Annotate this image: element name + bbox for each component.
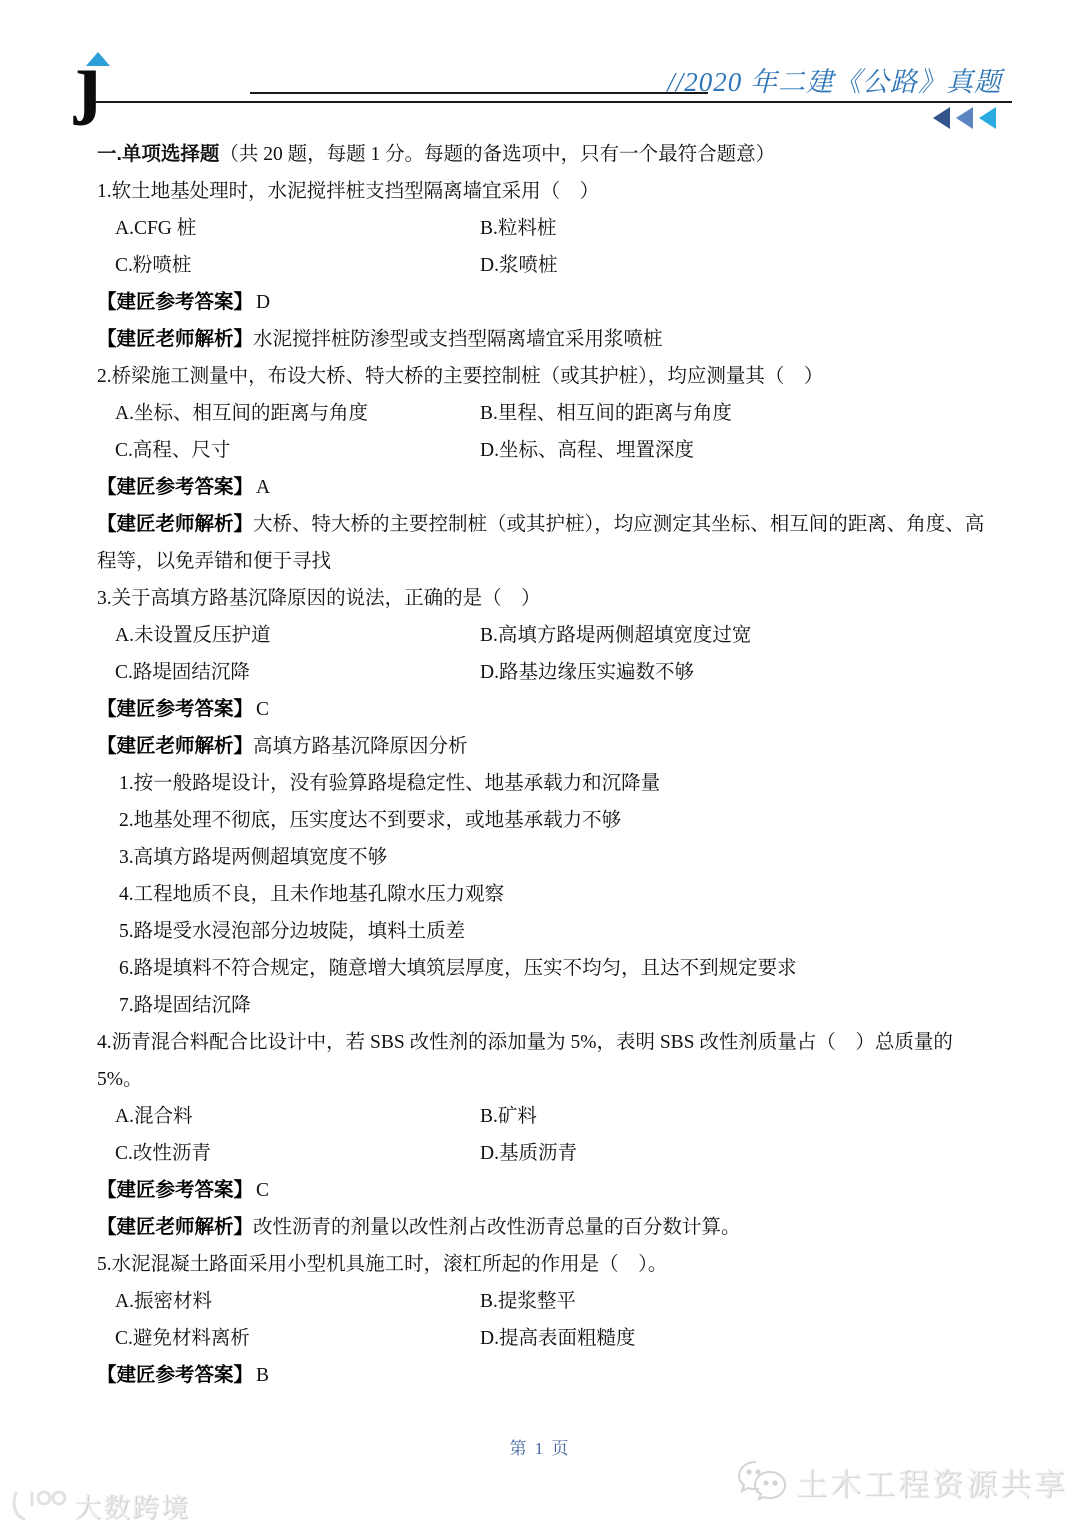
- watermark-left: 大数跨境: [10, 1486, 190, 1525]
- question-1-analysis: 【建匠老师解析】水泥搅拌桩防渗型或支挡型隔离墙宜采用浆喷桩: [97, 321, 989, 358]
- question-3-answer: 【建匠参考答案】C: [97, 691, 989, 728]
- question-5-option-a: A.振密材料: [97, 1283, 480, 1320]
- watermark-left-text: 大数跨境: [74, 1486, 190, 1525]
- left-triangle-icon-mid: [956, 107, 973, 129]
- question-3-option-c: C.路堤固结沉降: [97, 654, 480, 691]
- question-4-option-d: D.基质沥青: [480, 1135, 989, 1172]
- analysis-text: 高填方路基沉降原因分析: [253, 736, 468, 757]
- answer-letter: B: [256, 1365, 269, 1386]
- question-3-analysis-line-2: 2.地基处理不彻底，压实度达不到要求，或地基承载力不够: [97, 802, 989, 839]
- question-1: 1.软土地基处理时，水泥搅拌桩支挡型隔离墙宜采用（ ） A.CFG 桩 B.粒料…: [97, 173, 989, 358]
- doc-title: //2020 年二建《公路》真题: [667, 60, 1002, 99]
- answer-label: 【建匠参考答案】: [97, 1179, 253, 1201]
- logo-letter: ȷ: [74, 40, 101, 122]
- left-triangle-icon-light: [979, 107, 996, 129]
- question-4-option-b: B.矿料: [480, 1098, 989, 1135]
- question-5: 5.水泥混凝土路面采用小型机具施工时，滚杠所起的作用是（ ）。 A.振密材料 B…: [97, 1246, 989, 1394]
- question-1-option-a: A.CFG 桩: [97, 210, 480, 247]
- question-3-analysis-line-6: 6.路堤填料不符合规定，随意增大填筑层厚度，压实不均匀，且达不到规定要求: [97, 950, 989, 987]
- question-5-stem: 5.水泥混凝土路面采用小型机具施工时，滚杠所起的作用是（ ）。: [97, 1246, 989, 1283]
- question-2-option-b: B.里程、相互间的距离与角度: [480, 395, 989, 432]
- answer-label: 【建匠参考答案】: [97, 291, 253, 313]
- answer-letter: C: [256, 1180, 269, 1201]
- question-5-option-d: D.提高表面粗糙度: [480, 1320, 989, 1357]
- question-1-answer: 【建匠参考答案】D: [97, 284, 989, 321]
- question-5-answer: 【建匠参考答案】B: [97, 1357, 989, 1394]
- question-2-analysis: 【建匠老师解析】大桥、特大桥的主要控制桩（或其护桩），均应测定其坐标、相互间的距…: [97, 506, 989, 580]
- question-3-analysis-line-5: 5.路堤受水浸泡部分边坡陡，填料土质差: [97, 913, 989, 950]
- question-4-analysis: 【建匠老师解析】改性沥青的剂量以改性剂占改性沥青总量的百分数计算。: [97, 1209, 989, 1246]
- answer-label: 【建匠参考答案】: [97, 698, 253, 720]
- question-2-answer: 【建匠参考答案】A: [97, 469, 989, 506]
- question-3-option-b: B.高填方路堤两侧超填宽度过宽: [480, 617, 989, 654]
- question-2-option-a: A.坐标、相互间的距离与角度: [97, 395, 480, 432]
- back-arrows: [933, 107, 996, 129]
- question-1-option-b: B.粒料桩: [480, 210, 989, 247]
- analysis-text: 改性沥青的剂量以改性剂占改性沥青总量的百分数计算。: [253, 1217, 741, 1238]
- question-3: 3.关于高填方路基沉降原因的说法，正确的是（ ） A.未设置反压护道 B.高填方…: [97, 580, 989, 1024]
- question-4-answer: 【建匠参考答案】C: [97, 1172, 989, 1209]
- question-1-option-d: D.浆喷桩: [480, 247, 989, 284]
- question-3-analysis-line-3: 3.高填方路堤两侧超填宽度不够: [97, 839, 989, 876]
- swoosh-100-icon: [10, 1489, 68, 1523]
- question-4: 4.沥青混合料配合比设计中，若 SBS 改性剂的添加量为 5%，表明 SBS 改…: [97, 1024, 989, 1246]
- question-3-stem: 3.关于高填方路基沉降原因的说法，正确的是（ ）: [97, 580, 989, 617]
- question-3-analysis-line-1: 1.按一般路堤设计，没有验算路堤稳定性、地基承载力和沉降量: [97, 765, 989, 802]
- question-2-stem: 2.桥梁施工测量中，布设大桥、特大桥的主要控制桩（或其护桩），均应测量其（ ）: [97, 358, 989, 395]
- exam-content: 一.单项选择题（共 20 题，每题 1 分。每题的备选项中，只有一个最符合题意）…: [97, 136, 989, 1394]
- analysis-label: 【建匠老师解析】: [97, 1216, 253, 1238]
- analysis-label: 【建匠老师解析】: [97, 328, 253, 350]
- header-rule-short: [250, 92, 708, 94]
- question-2: 2.桥梁施工测量中，布设大桥、特大桥的主要控制桩（或其护桩），均应测量其（ ） …: [97, 358, 989, 580]
- page-header: ȷ //2020 年二建《公路》真题: [0, 0, 1080, 135]
- answer-label: 【建匠参考答案】: [97, 476, 253, 498]
- analysis-label: 【建匠老师解析】: [97, 513, 253, 535]
- question-4-option-a: A.混合料: [97, 1098, 480, 1135]
- question-3-analysis-line-7: 7.路堤固结沉降: [97, 987, 989, 1024]
- answer-letter: C: [256, 699, 269, 720]
- chat-bubbles-icon: [736, 1458, 788, 1504]
- answer-label: 【建匠参考答案】: [97, 1364, 253, 1386]
- answer-letter: D: [256, 292, 270, 313]
- watermark-right-text: 土木工程资源共享: [796, 1459, 1068, 1504]
- question-1-stem: 1.软土地基处理时，水泥搅拌桩支挡型隔离墙宜采用（ ）: [97, 173, 989, 210]
- question-5-option-c: C.避免材料离析: [97, 1320, 480, 1357]
- analysis-text: 水泥搅拌桩防渗型或支挡型隔离墙宜采用浆喷桩: [253, 329, 663, 350]
- watermark-right: 土木工程资源共享: [736, 1458, 1068, 1504]
- question-3-option-a: A.未设置反压护道: [97, 617, 480, 654]
- section-heading-bold: 一.单项选择题: [97, 143, 219, 165]
- brand-logo: ȷ: [74, 44, 124, 134]
- question-5-option-b: B.提浆整平: [480, 1283, 989, 1320]
- question-3-analysis: 【建匠老师解析】高填方路基沉降原因分析: [97, 728, 989, 765]
- question-2-option-c: C.高程、尺寸: [97, 432, 480, 469]
- header-rule-long: [95, 101, 1012, 103]
- section-heading-rest: （共 20 题，每题 1 分。每题的备选项中，只有一个最符合题意）: [219, 144, 775, 165]
- page-number: 第 1 页: [0, 1434, 1080, 1459]
- question-3-option-d: D.路基边缘压实遍数不够: [480, 654, 989, 691]
- section-heading: 一.单项选择题（共 20 题，每题 1 分。每题的备选项中，只有一个最符合题意）: [97, 136, 989, 173]
- left-triangle-icon-dark: [933, 107, 950, 129]
- question-3-analysis-line-4: 4.工程地质不良，且未作地基孔隙水压力观察: [97, 876, 989, 913]
- question-4-stem: 4.沥青混合料配合比设计中，若 SBS 改性剂的添加量为 5%，表明 SBS 改…: [97, 1024, 989, 1098]
- answer-letter: A: [256, 477, 270, 498]
- question-2-option-d: D.坐标、高程、埋置深度: [480, 432, 989, 469]
- question-1-option-c: C.粉喷桩: [97, 247, 480, 284]
- question-4-option-c: C.改性沥青: [97, 1135, 480, 1172]
- analysis-label: 【建匠老师解析】: [97, 735, 253, 757]
